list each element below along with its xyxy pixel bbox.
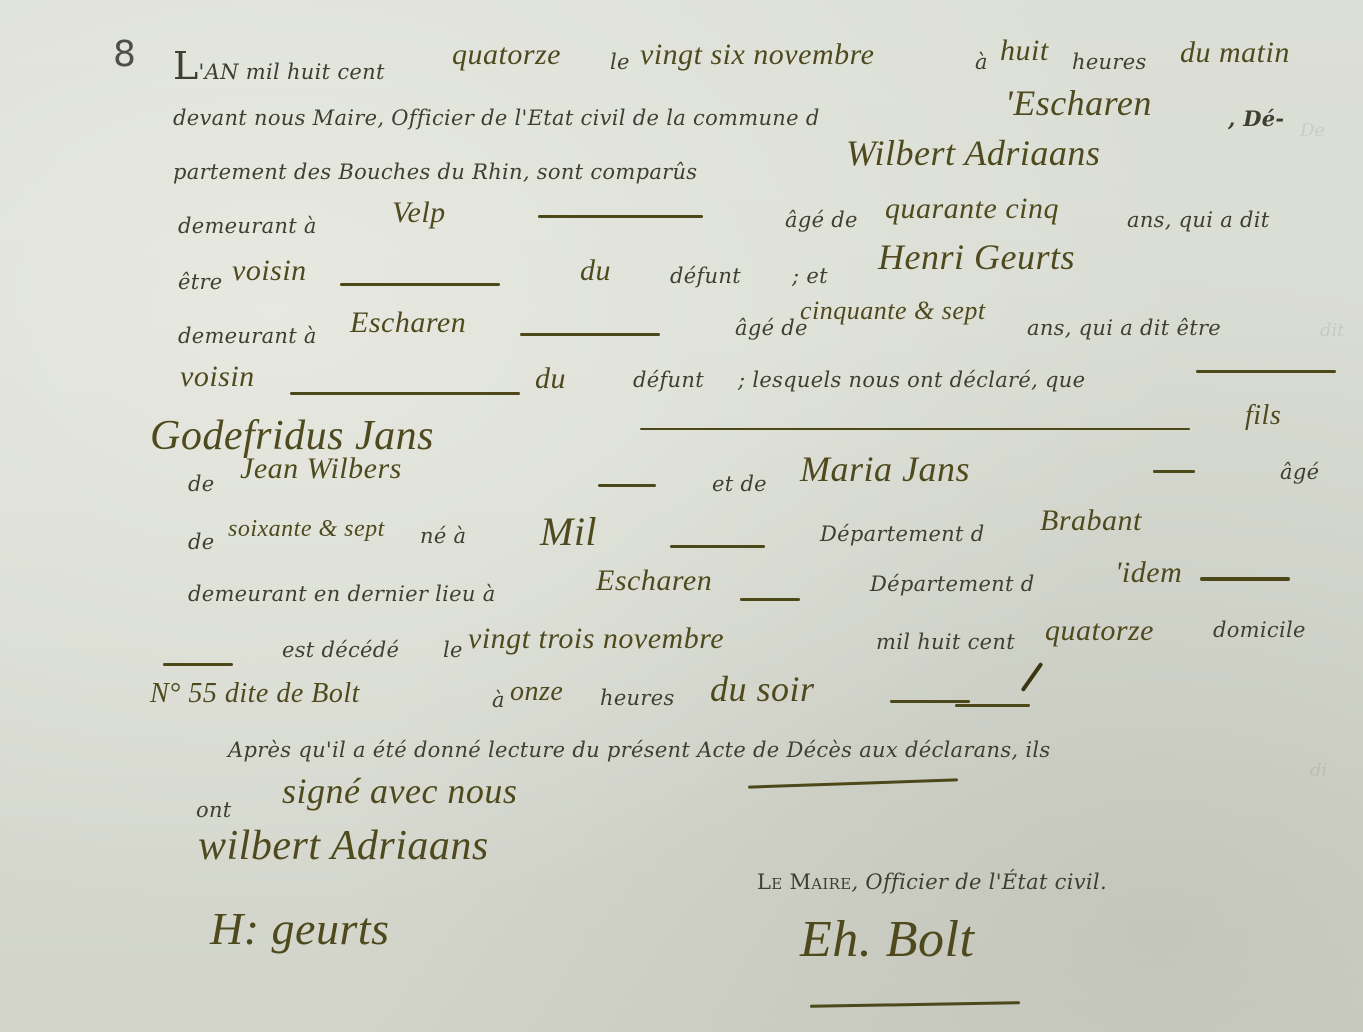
printed-text: défunt bbox=[633, 368, 704, 392]
fill-line bbox=[163, 663, 233, 666]
printed-text: le bbox=[610, 50, 630, 74]
printed-text: ans, qui a dit bbox=[1127, 208, 1270, 232]
printed-text: Département d bbox=[820, 522, 984, 546]
mayor-signature: Eh. Bolt bbox=[800, 910, 974, 969]
mayor-label: Le Maire, Officier de l'État civil. bbox=[757, 870, 1107, 894]
printed-text: partement des Bouches du Rhin, sont comp… bbox=[173, 160, 697, 184]
hand-domicile: N° 55 dite de Bolt bbox=[150, 678, 360, 710]
hand-residence1: Velp bbox=[392, 196, 446, 230]
hand-age3: soixante & sept bbox=[228, 516, 385, 543]
printed-text: demeurant à bbox=[178, 214, 317, 238]
fill-line bbox=[340, 283, 500, 286]
printed-text: ont bbox=[196, 798, 232, 822]
printed-text: de bbox=[188, 472, 214, 496]
hand-signed: signé avec nous bbox=[282, 770, 517, 812]
hand-witness2: Henri Geurts bbox=[878, 236, 1075, 278]
fill-line bbox=[1153, 470, 1195, 473]
fill-line bbox=[290, 392, 520, 395]
bleed-through-text: De bbox=[1300, 120, 1325, 141]
fill-line bbox=[955, 704, 1030, 707]
witness2-signature: H: geurts bbox=[210, 902, 390, 955]
printed-text: demeurant à bbox=[178, 324, 317, 348]
witness1-signature: wilbert Adriaans bbox=[198, 822, 489, 870]
hand-du: du bbox=[580, 254, 611, 288]
printed-text: heures bbox=[1072, 50, 1147, 74]
hand-hour: huit bbox=[1000, 34, 1049, 68]
entry-number: 8 bbox=[113, 34, 136, 75]
mayor-title: Le Maire bbox=[757, 870, 851, 894]
hand-death-hour: onze bbox=[510, 676, 563, 708]
ink-stroke bbox=[1021, 662, 1044, 692]
printed-text: heures bbox=[600, 686, 675, 710]
hand-mother: Maria Jans bbox=[800, 448, 970, 490]
printed-text: âgé bbox=[1280, 460, 1319, 484]
printed-text: le bbox=[443, 638, 463, 662]
printed-text: âgé de bbox=[735, 316, 808, 340]
fill-line bbox=[538, 215, 703, 218]
printed-text: demeurant en dernier lieu à bbox=[188, 582, 496, 606]
hand-du: du bbox=[535, 362, 566, 396]
fill-line bbox=[890, 700, 970, 703]
hand-fils: fils bbox=[1245, 400, 1281, 432]
printed-text: Département d bbox=[870, 572, 1034, 596]
hand-relation1: voisin bbox=[232, 254, 307, 288]
printed-text: ; et bbox=[792, 264, 828, 288]
hand-birth-dept: Brabant bbox=[1040, 504, 1142, 538]
mayor-office: , Officier de l'État civil. bbox=[851, 870, 1106, 894]
hand-age2: cinquante & sept bbox=[800, 296, 986, 326]
printed-text: âgé de bbox=[785, 208, 858, 232]
dropcap: L bbox=[173, 44, 199, 88]
hand-last-residence: Escharen bbox=[596, 564, 712, 598]
fill-line bbox=[748, 778, 958, 788]
hand-date: vingt six novembre bbox=[640, 38, 874, 72]
hand-age1: quarante cinq bbox=[885, 192, 1059, 226]
bleed-through-text: dit bbox=[1320, 320, 1345, 341]
hand-birthplace: Mil bbox=[540, 508, 597, 555]
hand-commune: 'Escharen bbox=[1005, 82, 1152, 124]
printed-text: 'AN mil huit cent bbox=[199, 60, 385, 84]
printed-text: est décédé bbox=[282, 638, 399, 662]
fill-line bbox=[598, 484, 656, 487]
printed-text: à bbox=[492, 688, 505, 712]
printed-text: ; lesquels nous ont déclaré, que bbox=[738, 368, 1085, 392]
hand-death-date: vingt trois novembre bbox=[468, 622, 724, 656]
hand-father: Jean Wilbers bbox=[240, 452, 402, 486]
printed-text: défunt bbox=[670, 264, 741, 288]
printed-text: né à bbox=[420, 524, 466, 548]
fill-line bbox=[740, 598, 800, 601]
hand-death-year: quatorze bbox=[1045, 614, 1154, 648]
printed-text: devant nous Maire, Officier de l'Etat ci… bbox=[173, 106, 820, 130]
printed-text: , Dé- bbox=[1228, 106, 1284, 131]
signature-flourish bbox=[810, 1001, 1020, 1008]
printed-text: mil huit cent bbox=[876, 630, 1015, 654]
hand-witness1: Wilbert Adriaans bbox=[846, 132, 1100, 174]
bleed-through-text: di bbox=[1310, 760, 1327, 781]
hand-death-time: du soir bbox=[710, 668, 815, 710]
fill-line bbox=[1200, 577, 1290, 581]
printed-text: et de bbox=[712, 472, 767, 496]
line-1-intro: L'AN mil huit cent bbox=[173, 44, 385, 88]
printed-text: de bbox=[188, 530, 214, 554]
hand-relation2: voisin bbox=[180, 360, 255, 394]
hand-residence2: Escharen bbox=[350, 306, 466, 340]
fill-line bbox=[1196, 370, 1336, 373]
fill-line bbox=[520, 333, 660, 336]
fill-line bbox=[670, 545, 765, 548]
printed-text: domicile bbox=[1213, 618, 1306, 642]
document-page: De dit di 8 L'AN mil huit cent quatorze … bbox=[0, 0, 1363, 1032]
hand-time: du matin bbox=[1180, 36, 1290, 70]
fill-line bbox=[640, 428, 1190, 430]
hand-last-dept: 'idem bbox=[1115, 556, 1182, 590]
printed-text: Après qu'il a été donné lecture du prése… bbox=[228, 738, 1050, 762]
hand-year: quatorze bbox=[452, 38, 561, 72]
printed-text: être bbox=[178, 270, 223, 294]
printed-text: à bbox=[975, 50, 988, 74]
printed-text: ans, qui a dit être bbox=[1027, 316, 1221, 340]
